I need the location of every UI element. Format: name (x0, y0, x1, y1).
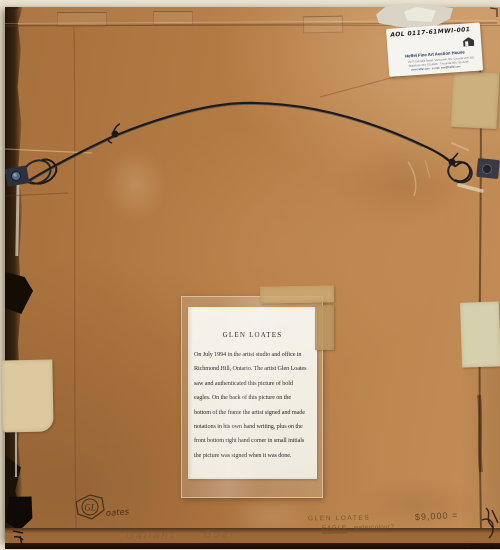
label-line: the picture was signed when it was done. (194, 449, 311, 463)
auction-house-sticker: AOL 0117-61MWI-001 Heffel Fine Art Aucti… (386, 22, 483, 76)
label-line: front bottom right hand corner in small … (194, 434, 311, 448)
label-line: Richmond Hill, Ontario. The artist Glen … (194, 362, 311, 376)
masking-tape-label-side (315, 305, 334, 350)
torn-backing-chunk (5, 272, 33, 314)
lot-code-handwriting: AOL 0117-61MWI-001 (390, 26, 478, 39)
work-note: watercolour? (354, 524, 394, 531)
masking-tape-right-middle (460, 301, 500, 367)
pencil-work-title: EAGLEwatercolour? (322, 524, 394, 531)
label-line: notations in his own hand writing, plus … (194, 420, 311, 434)
authentication-label: GLEN LOATES On July 1994 in the artist s… (188, 307, 317, 479)
masking-tape-label-top (260, 285, 334, 303)
paper-tear-highlight (15, 425, 17, 477)
masking-tape-left-edge (1, 360, 53, 433)
paper-stain (103, 147, 167, 223)
label-title: GLEN LOATES (188, 331, 317, 339)
auction-house-logo-icon (463, 37, 475, 47)
label-line: On July 1994 in the artist studio and of… (194, 348, 311, 362)
work-title: EAGLE (322, 525, 347, 533)
paper-flap-tab (153, 11, 193, 25)
masking-tape-right-upper (451, 71, 500, 129)
paper-flap-tab (57, 12, 107, 27)
paper-stain (335, 135, 470, 230)
faint-pencil-writing: GallantGoal (126, 530, 235, 542)
paper-stain (350, 477, 480, 532)
bottom-frame-rail (5, 528, 500, 544)
label-line: bottom of the frame the artist signed an… (194, 406, 311, 420)
plastic-sleeve: GLEN LOATES On July 1994 in the artist s… (181, 296, 323, 498)
faint-writing-right: Goal (204, 530, 235, 541)
pencil-artist-name: GLEN LOATES (308, 515, 370, 523)
paper-flap-tab (303, 16, 343, 34)
label-body: On July 1994 in the artist studio and of… (188, 348, 317, 463)
label-line: saw and authenticated this picture of bo… (194, 377, 311, 391)
label-line: eagles. On the back of this picture on t… (194, 391, 311, 405)
bottom-frame-edge (5, 543, 500, 549)
photo-of-frame-back: GL oates AOL 0117-61MWI-001 Heffel Fine … (0, 0, 500, 550)
paper-stain (460, 367, 500, 527)
faint-writing-left: Gallant (126, 530, 176, 541)
